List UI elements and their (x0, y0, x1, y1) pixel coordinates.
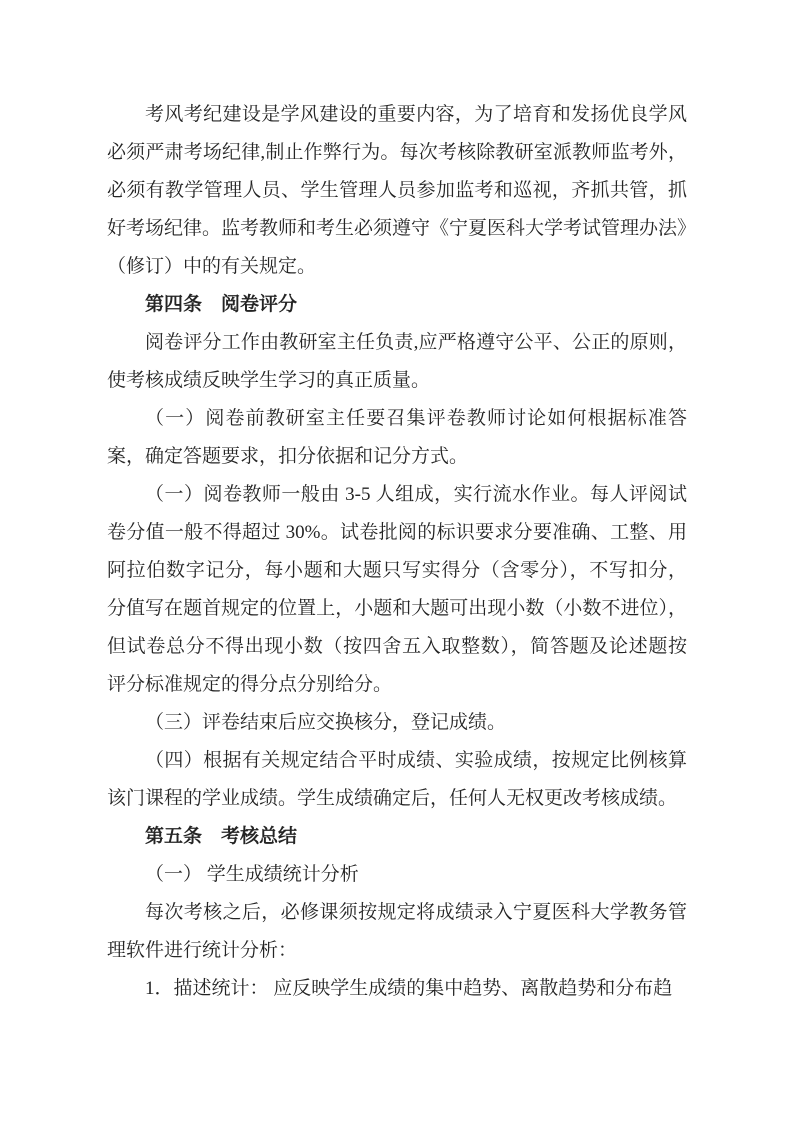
text-line: 每次考核之后，必修课须按规定将成绩录入宁夏医科大学教务管 (107, 894, 687, 932)
document-page: 考风考纪建设是学风建设的重要内容，为了培育和发扬优良学风 必须严肃考场纪律,制止… (0, 0, 793, 1122)
text-line: 阅卷评分工作由教研室主任负责,应严格遵守公平、公正的原则， (107, 324, 687, 362)
para-exam-discipline: 考风考纪建设是学风建设的重要内容，为了培育和发扬优良学风 必须严肃考场纪律,制止… (107, 96, 687, 286)
text-line: 1．描述统计： 应反映学生成绩的集中趋势、离散趋势和分布趋 (107, 970, 687, 1008)
text-line: 但试卷总分不得出现小数（按四舍五入取整数），简答题及论述题按 (107, 628, 687, 666)
para-stats-requirement: 每次考核之后，必修课须按规定将成绩录入宁夏医科大学教务管 理软件进行统计分析： (107, 894, 687, 970)
para-descriptive-statistics: 1．描述统计： 应反映学生成绩的集中趋势、离散趋势和分布趋 (107, 970, 687, 1008)
text-line: 理软件进行统计分析： (107, 932, 687, 970)
text-line: （四）根据有关规定结合平时成绩、实验成绩，按规定比例核算 (107, 742, 687, 780)
text-line: （一）阅卷教师一般由 3-5 人组成，实行流水作业。每人评阅试 (107, 476, 687, 514)
text-line: （一）阅卷前教研室主任要召集评卷教师讨论如何根据标准答 (107, 400, 687, 438)
para-item-1-stats-title: （一） 学生成绩统计分析 (107, 856, 687, 894)
para-grading-principle: 阅卷评分工作由教研室主任负责,应严格遵守公平、公正的原则， 使考核成绩反映学生学… (107, 324, 687, 400)
para-item-4-final-grade: （四）根据有关规定结合平时成绩、实验成绩，按规定比例核算 该门课程的学业成绩。学… (107, 742, 687, 818)
text-line: 阿拉伯数字记分，每小题和大题只写实得分（含零分），不写扣分， (107, 552, 687, 590)
text-line: 考风考纪建设是学风建设的重要内容，为了培育和发扬优良学风 (107, 96, 687, 134)
text-line: 使考核成绩反映学生学习的真正质量。 (107, 362, 687, 400)
text-line: 好考场纪律。监考教师和考生必须遵守《宁夏医科大学考试管理办法》 (107, 210, 687, 248)
text-line: （修订）中的有关规定。 (107, 248, 687, 286)
text-line: 必须严肃考场纪律,制止作弊行为。每次考核除教研室派教师监考外， (107, 134, 687, 172)
para-item-3-score-check: （三）评卷结束后应交换核分，登记成绩。 (107, 704, 687, 742)
para-item-1-grading-team: （一）阅卷教师一般由 3-5 人组成，实行流水作业。每人评阅试 卷分值一般不得超… (107, 476, 687, 704)
heading-text: 第五条 考核总结 (107, 818, 687, 856)
text-line: 评分标准规定的得分点分别给分。 (107, 666, 687, 704)
text-line: 案，确定答题要求，扣分依据和记分方式。 (107, 438, 687, 476)
text-line: 分值写在题首规定的位置上，小题和大题可出现小数（小数不进位）， (107, 590, 687, 628)
text-line: 必须有教学管理人员、学生管理人员参加监考和巡视，齐抓共管，抓 (107, 172, 687, 210)
text-line: （一） 学生成绩统计分析 (107, 856, 687, 894)
heading-article-5: 第五条 考核总结 (107, 818, 687, 856)
heading-text: 第四条 阅卷评分 (107, 286, 687, 324)
text-line: 该门课程的学业成绩。学生成绩确定后，任何人无权更改考核成绩。 (107, 780, 687, 818)
text-line: （三）评卷结束后应交换核分，登记成绩。 (107, 704, 687, 742)
heading-article-4: 第四条 阅卷评分 (107, 286, 687, 324)
document-body: 考风考纪建设是学风建设的重要内容，为了培育和发扬优良学风 必须严肃考场纪律,制止… (107, 96, 687, 1008)
text-line: 卷分值一般不得超过 30%。试卷批阅的标识要求分要准确、工整、用 (107, 514, 687, 552)
para-item-1-pre-grading: （一）阅卷前教研室主任要召集评卷教师讨论如何根据标准答 案，确定答题要求，扣分依… (107, 400, 687, 476)
